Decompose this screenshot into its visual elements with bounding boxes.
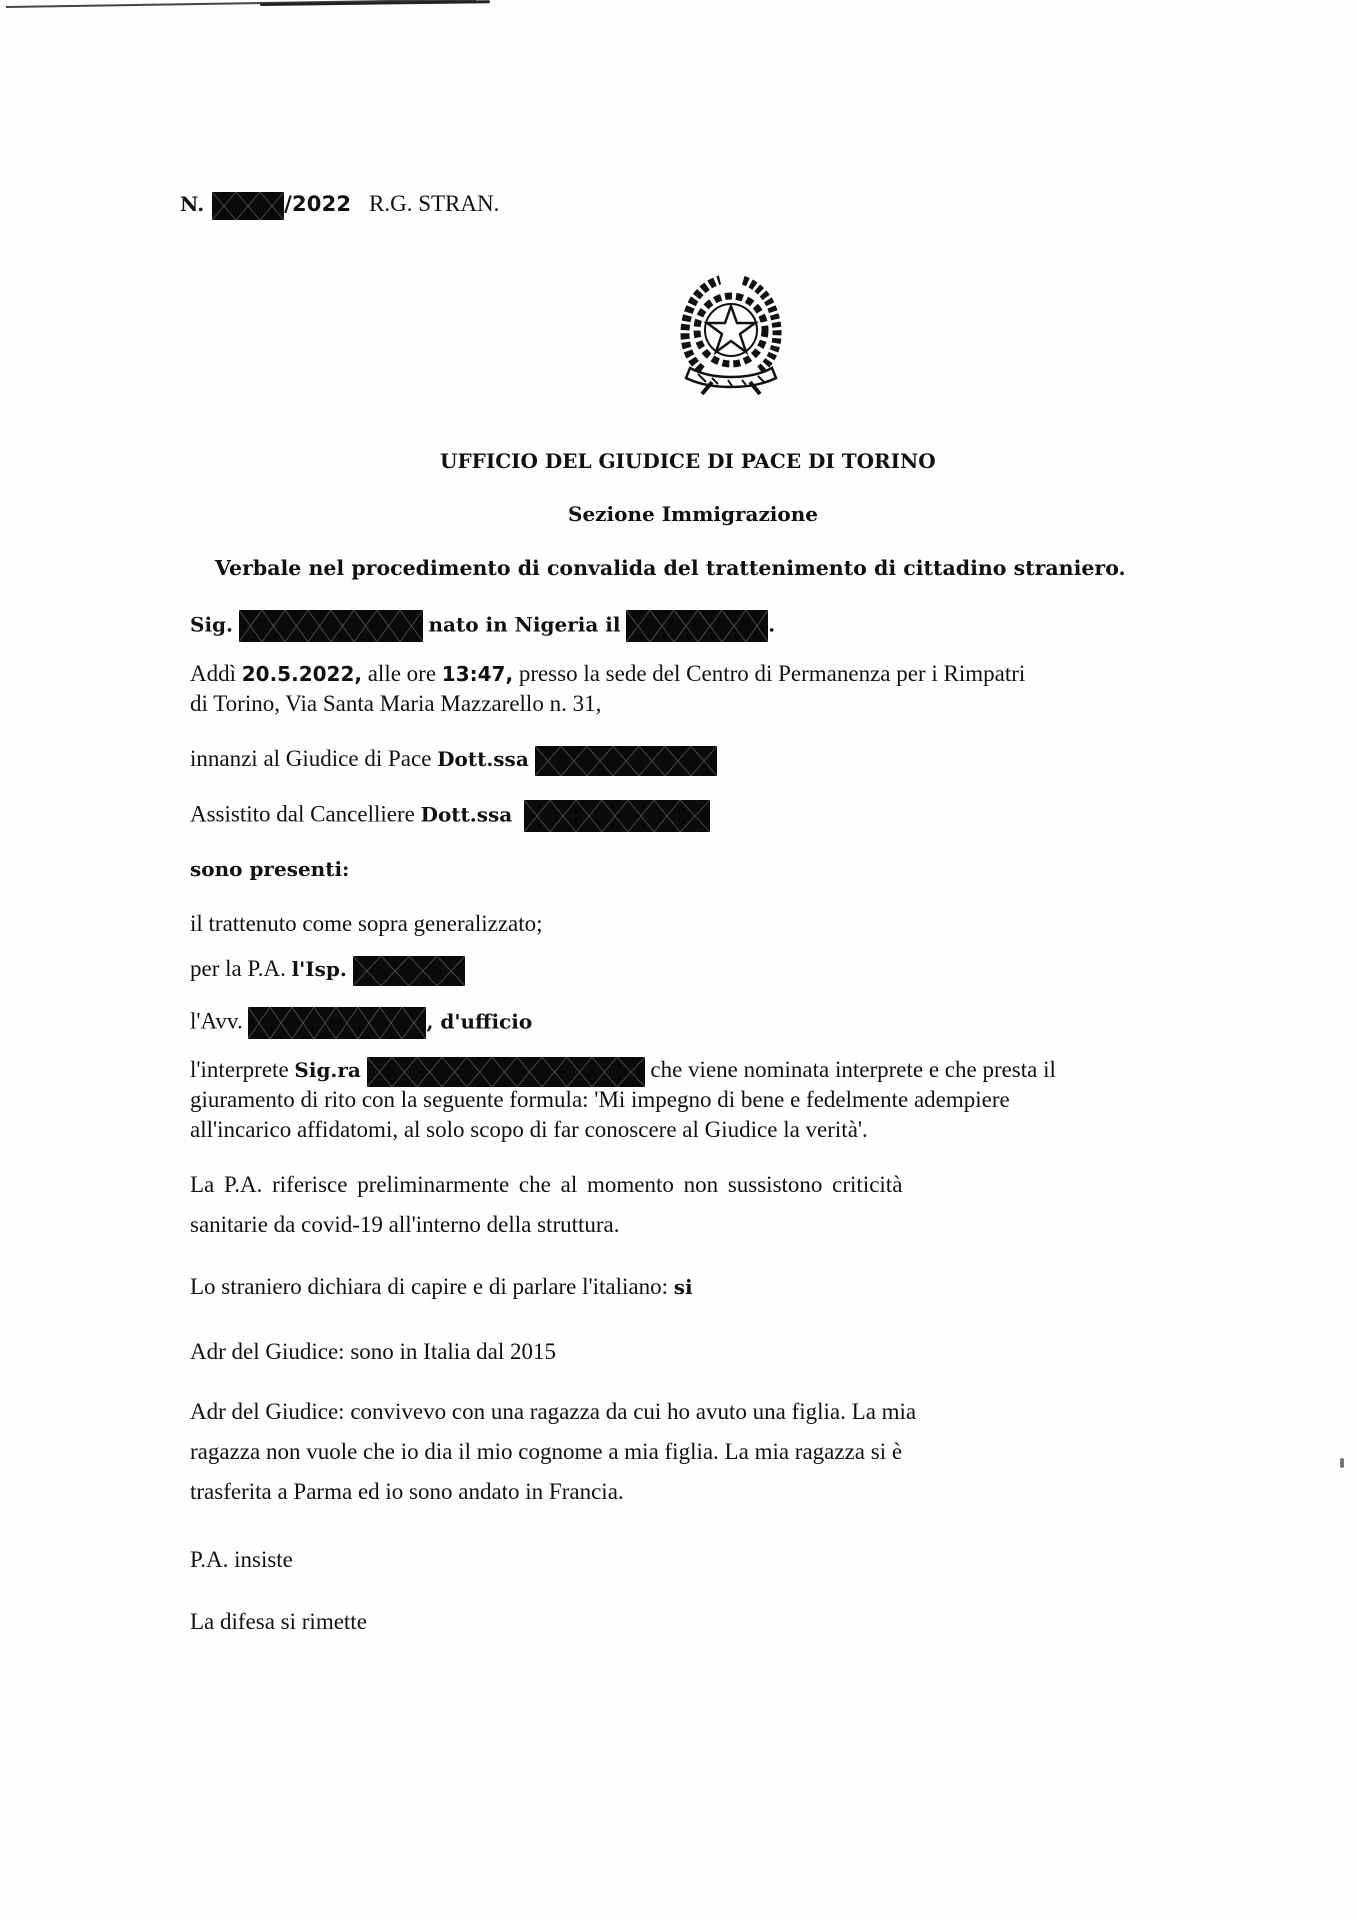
clerk-label: Assistito dal Cancelliere [190,801,415,826]
redacted-clerk-name [524,800,710,832]
subject-line: Sig. nato in Nigeria il . [190,610,775,642]
interpreter-rest: che viene nominata interprete e che pres… [650,1057,1056,1082]
record-title: Verbale nel procedimento di convalida de… [215,554,1126,582]
case-number: N. /2022 R.G. STRAN. [180,190,499,220]
interpreter-label: l'interprete [190,1057,289,1082]
redacted-judge-name [535,746,717,776]
pa-statement-line-1: La P.A. riferisce preliminarmente che al… [190,1171,902,1199]
pa-label: per la P.A. [190,956,286,981]
lawyer-label: l'Avv. [190,1008,243,1033]
judge-title: Dott.ssa [437,747,529,771]
clerk-title: Dott.ssa [421,802,513,826]
redacted-interpreter-name [367,1057,645,1087]
redacted-lawyer-name [248,1007,426,1039]
opening-alle-ore: alle ore [368,661,436,686]
italian-republic-emblem-icon [672,270,790,395]
opening-line-1: Addì 20.5.2022, alle ore 13:47, presso l… [190,660,1025,688]
lawyer-role: , d'ufficio [426,1009,532,1033]
subject-birthplace: nato in Nigeria il [429,612,621,636]
present-heading: sono presenti: [190,855,349,883]
clerk-line: Assistito dal Cancelliere Dott.ssa [190,800,710,832]
interpreter-title: Sig.ra [294,1058,360,1082]
subject-prefix: Sig. [190,612,233,636]
interpreter-line-2: giuramento di rito con la seguente formu… [190,1086,1010,1114]
office-title: UFFICIO DEL GIUDICE DI PACE DI TORINO [440,447,936,475]
document-page: N. /2022 R.G. STRAN. UFFICIO DEL GIUDICE… [0,0,1357,1920]
section-title: Sezione Immigrazione [568,500,818,528]
defense-statement: La difesa si rimette [190,1608,367,1636]
hearing-time: 13:47, [442,662,513,686]
hearing-date: 20.5.2022, [242,662,362,686]
pa-insists: P.A. insiste [190,1546,293,1574]
redacted-birthdate [626,610,768,642]
redacted-inspector-name [353,956,465,986]
language-answer: si [674,1275,693,1299]
interpreter-line-3: all'incarico affidatomi, al solo scopo d… [190,1116,868,1144]
judge-line: innanzi al Giudice di Pace Dott.ssa [190,745,717,776]
case-year: /2022 [284,192,351,216]
answer-1: Adr del Giudice: sono in Italia dal 2015 [190,1338,556,1366]
language-question: Lo straniero dichiara di capire e di par… [190,1274,668,1299]
opening-addi: Addì [190,661,236,686]
pa-title: l'Isp. [292,957,347,981]
scan-speck [1340,1458,1344,1468]
pa-line: per la P.A. l'Isp. [190,955,465,986]
answer-2-line-2: ragazza non vuole che io dia il mio cogn… [190,1438,902,1466]
interpreter-line-1: l'interprete Sig.ra che viene nominata i… [190,1056,1056,1087]
answer-2-line-3: trasferita a Parma ed io sono andato in … [190,1478,624,1506]
lawyer-line: l'Avv. , d'ufficio [190,1007,532,1039]
pa-statement-line-2: sanitarie da covid-19 all'interno della … [190,1211,620,1239]
opening-location: presso la sede del Centro di Permanenza … [519,661,1025,686]
answer-2-line-1: Adr del Giudice: convivevo con una ragaz… [190,1398,916,1426]
detainee-line: il trattenuto come sopra generalizzato; [190,910,543,938]
case-number-prefix: N. [180,192,204,216]
redacted-case-id [212,192,284,220]
redacted-subject-name [239,610,423,642]
language-line: Lo straniero dichiara di capire e di par… [190,1273,693,1301]
subject-period: . [768,612,775,636]
judge-label: innanzi al Giudice di Pace [190,746,431,771]
case-registry: R.G. STRAN. [369,191,499,216]
opening-line-2: di Torino, Via Santa Maria Mazzarello n.… [190,690,601,718]
